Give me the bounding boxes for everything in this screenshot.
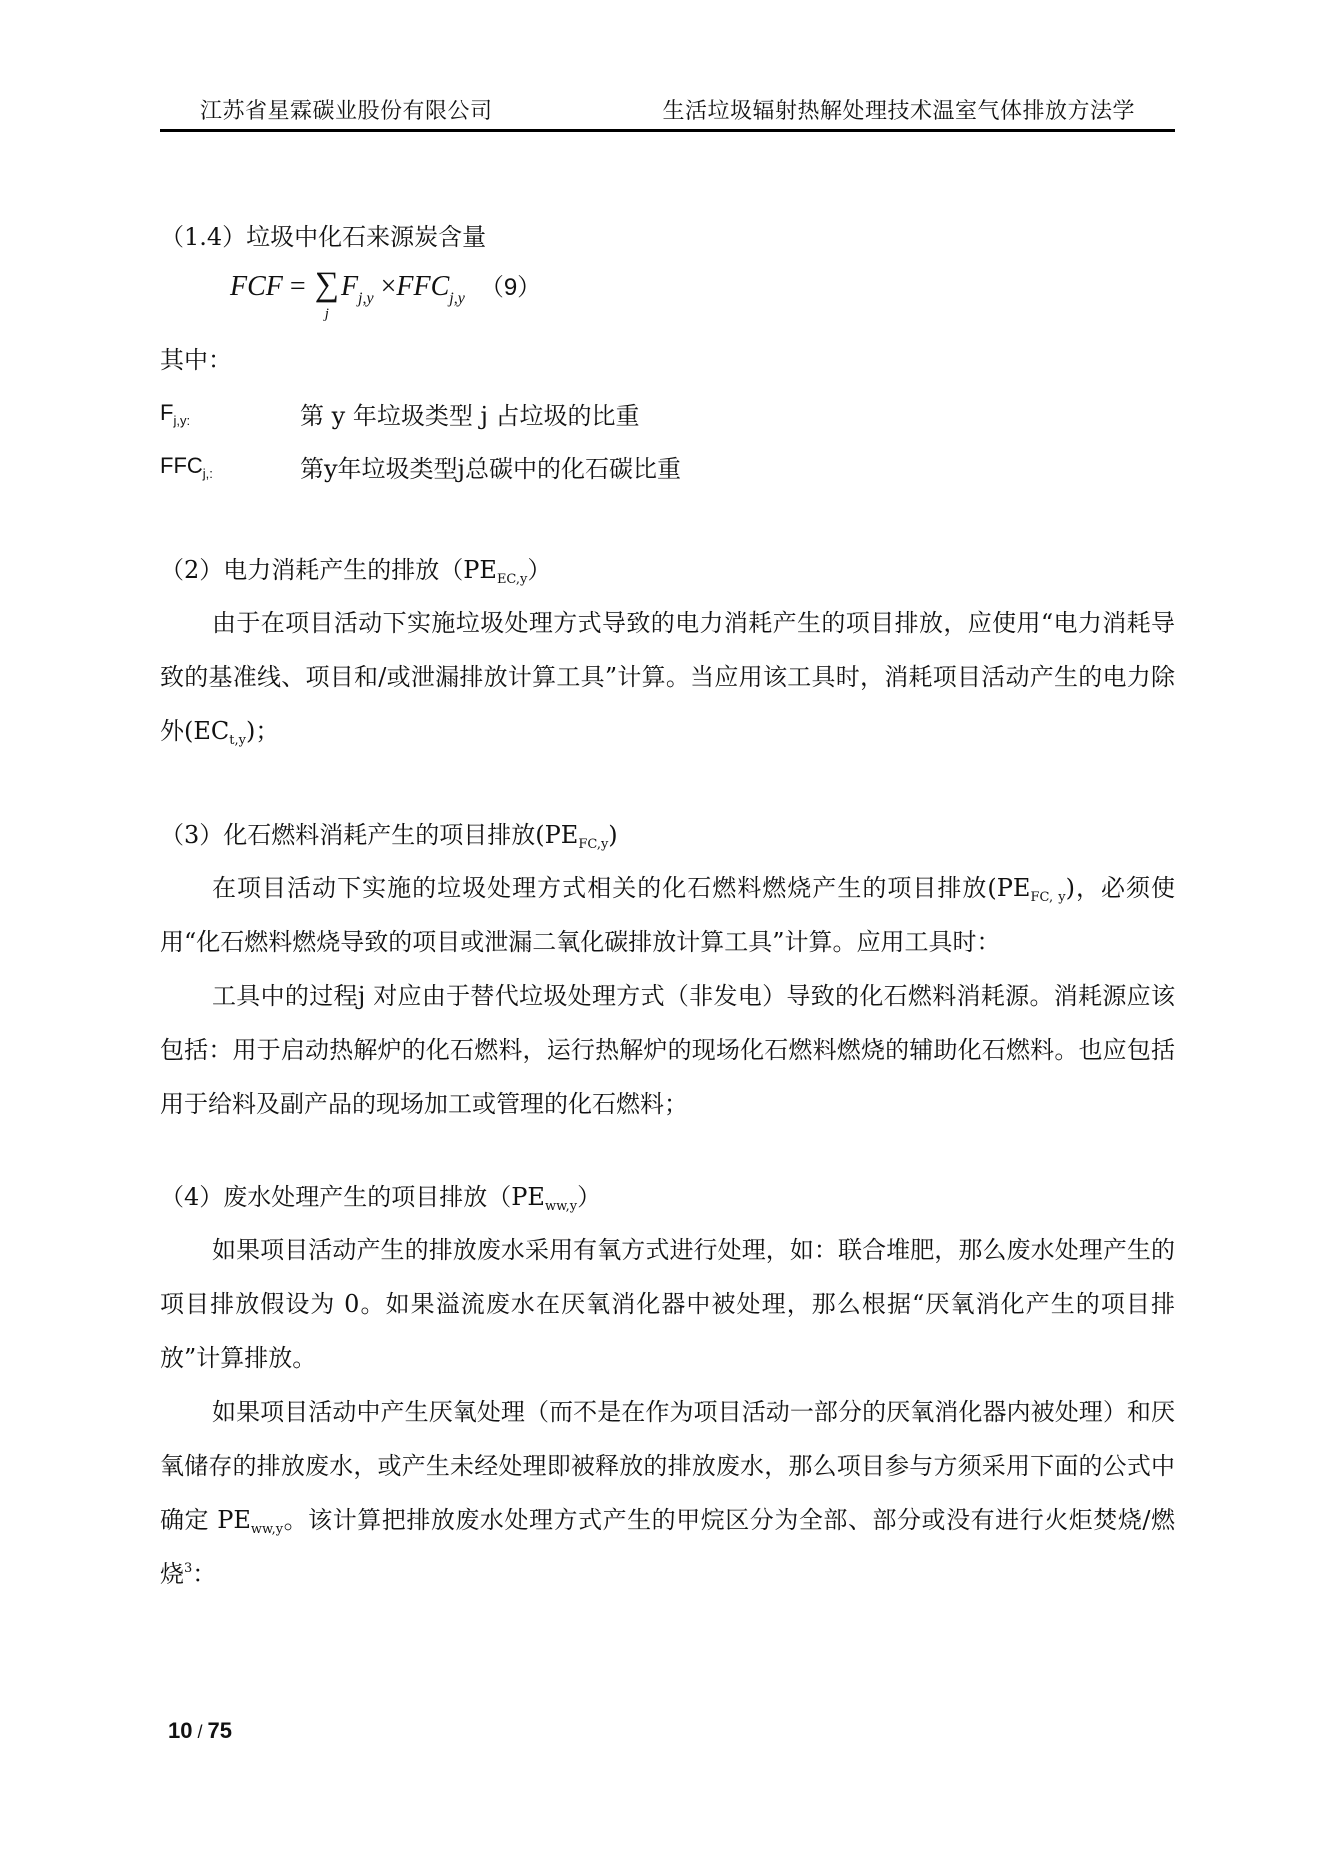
sum-symbol: ∑j	[315, 266, 339, 304]
section-3-paragraph-1: 在项目活动下实施的垃圾处理方式相关的化石燃料燃烧产生的项目排放(PEFC, y)…	[160, 861, 1175, 969]
section-4-heading: （4）废水处理产生的项目排放（PEww,y）	[160, 1182, 601, 1212]
section-2-paragraph: 由于在项目活动下实施垃圾处理方式导致的电力消耗产生的项目排放，应使用“电力消耗导…	[160, 596, 1175, 758]
section-3-paragraph-2: 工具中的过程j 对应由于替代垃圾处理方式（非发电）导致的化石燃料消耗源。消耗源应…	[160, 969, 1175, 1131]
definition-term: Fj,y:	[160, 400, 190, 426]
section-4-paragraph-2: 如果项目活动中产生厌氧处理（而不是在作为项目活动一部分的厌氧消化器内被处理）和厌…	[160, 1385, 1175, 1601]
section-4-paragraph-1: 如果项目活动产生的排放废水采用有氧方式进行处理，如：联合堆肥，那么废水处理产生的…	[160, 1223, 1175, 1385]
section-1-4-heading: （1.4）垃圾中化石来源炭含量	[160, 222, 486, 252]
equation-number: （9）	[480, 274, 541, 301]
section-2-heading: （2）电力消耗产生的排放（PEEC,y）	[160, 555, 551, 585]
header-company: 江苏省星霖碳业股份有限公司	[200, 94, 493, 125]
definition-term: FFCj,:	[160, 453, 213, 479]
page-number: 10 / 75	[168, 1718, 232, 1744]
formula-9: FCF = ∑jFj,y ×FFCj,y （9）	[230, 266, 541, 326]
header-divider	[160, 129, 1175, 132]
section-3-heading: （3）化石燃料消耗产生的项目排放(PEFC,y)	[160, 820, 618, 850]
definition-desc: 第 y 年垃圾类型 j 占垃圾的比重	[300, 396, 640, 431]
definition-desc: 第y年垃圾类型j总碳中的化石碳比重	[300, 449, 681, 484]
header-doc-title: 生活垃圾辐射热解处理技术温室气体排放方法学	[662, 94, 1135, 125]
where-label: 其中：	[160, 345, 232, 375]
page-header: 江苏省星霖碳业股份有限公司 生活垃圾辐射热解处理技术温室气体排放方法学	[160, 94, 1175, 130]
